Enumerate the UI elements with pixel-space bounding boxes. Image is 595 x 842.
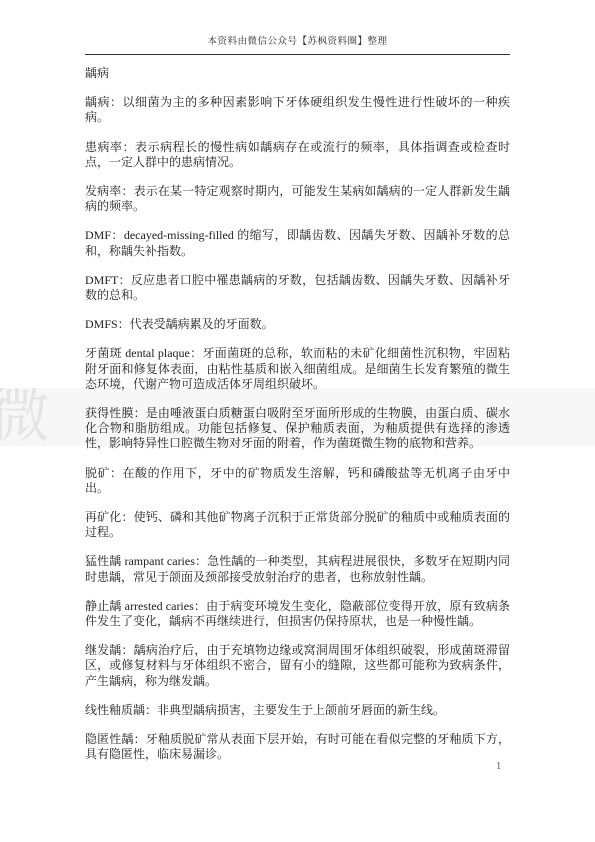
paragraph-rampant-caries: 猛性龋 rampant caries：急性龋的一种类型，其病程进展很快，多数牙在… (85, 554, 510, 584)
paragraph-incidence-rate: 发病率：表示在某一特定观察时期内，可能发生某病如龋病的一定人群新发生龋病的频率。 (85, 184, 510, 214)
paragraph-dmf: DMF：decayed-missing-filled 的缩写，即龋齿数、因龋失牙… (85, 228, 510, 258)
page-number: 1 (496, 761, 501, 772)
paragraph-dmft: DMFT：反应患者口腔中罹患龋病的牙数，包括龋齿数、因龋失牙数、因龋补牙数的总和… (85, 273, 510, 303)
paragraph-prevalence-rate: 患病率：表示病程长的慢性病如龋病存在或流行的频率，具体指调查或检查时点，一定人群… (85, 140, 510, 170)
document-title: 龋病 (85, 66, 510, 81)
paragraph-hidden-caries: 隐匿性龋：牙釉质脱矿常从表面下层开始，有时可能在看似完整的牙釉质下方，具有隐匿性… (85, 732, 510, 762)
paragraph-linear-enamel-caries: 线性釉质龋：非典型龋病损害，主要发生于上颌前牙唇面的新生线。 (85, 703, 510, 718)
paragraph-caries-definition: 龋病：以细菌为主的多种因素影响下牙体硬组织发生慢性进行性破坏的一种疾病。 (85, 95, 510, 125)
paragraph-acquired-pellicle: 获得性膜：是由唾液蛋白质糖蛋白吸附至牙面所形成的生物膜，由蛋白质、碳水化合物和脂… (85, 406, 510, 452)
paragraph-dmfs: DMFS：代表受龋病累及的牙面数。 (85, 317, 510, 332)
paragraph-dental-plaque: 牙菌斑 dental plaque：牙面菌斑的总称，软而粘的未矿化细菌性沉积物，… (85, 346, 510, 392)
document-page: 本资料由微信公众号【苏枫资料圈】整理 微 龋病 龋病：以细菌为主的多种因素影响下… (0, 0, 595, 842)
paragraph-secondary-caries: 继发龋：龋病治疗后，由于充填物边缘或窝洞周围牙体组织破裂，形成菌斑滞留区，或修复… (85, 643, 510, 689)
paragraph-demineralization: 脱矿：在酸的作用下，牙中的矿物质发生溶解，钙和磷酸盐等无机离子由牙中出。 (85, 466, 510, 496)
paragraph-arrested-caries: 静止龋 arrested caries：由于病变环境发生变化，隐蔽部位变得开放，… (85, 599, 510, 629)
document-body: 龋病 龋病：以细菌为主的多种因素影响下牙体硬组织发生慢性进行性破坏的一种疾病。 … (85, 66, 510, 777)
paragraph-remineralization: 再矿化：使钙、磷和其他矿物离子沉积于正常货部分脱矿的釉质中或釉质表面的过程。 (85, 510, 510, 540)
header-note: 本资料由微信公众号【苏枫资料圈】整理 (85, 33, 510, 55)
